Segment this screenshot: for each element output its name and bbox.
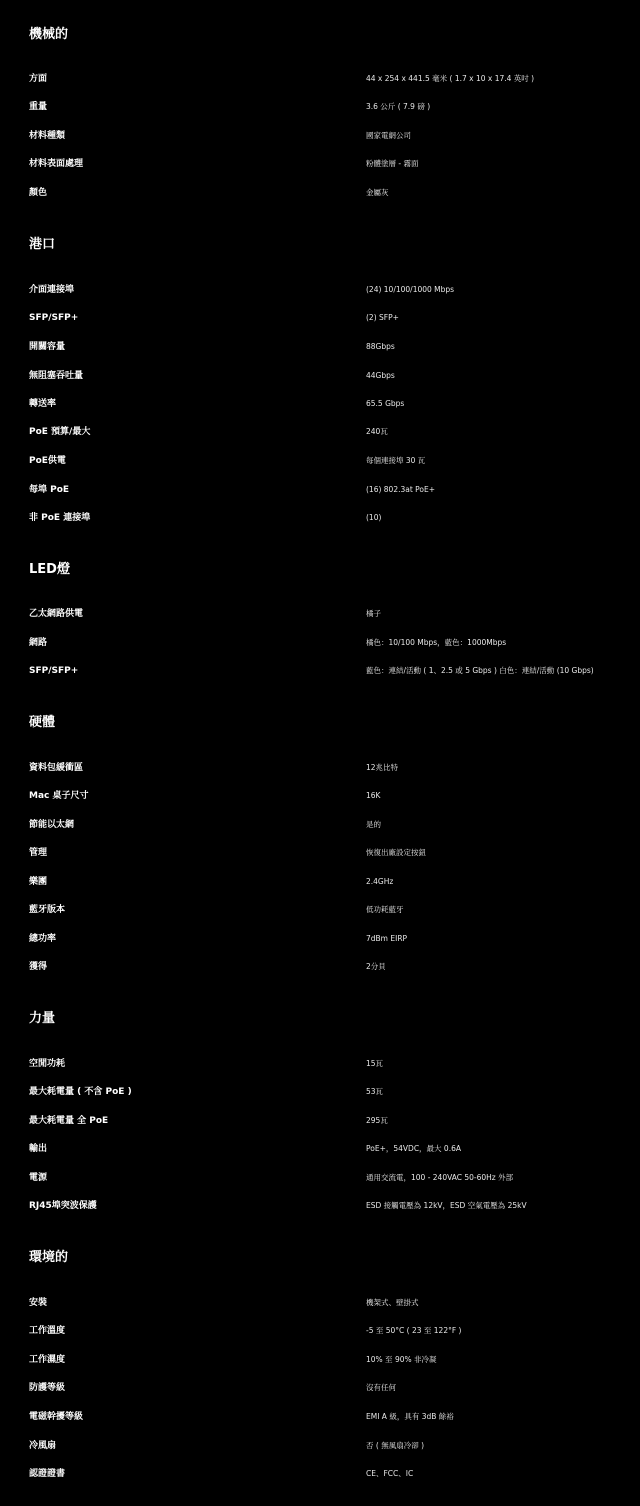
spec-value: (10) (366, 511, 381, 525)
section-title: 力量 (29, 1011, 55, 1027)
spec-value: 12兆比特 (366, 761, 398, 775)
spec-value: EMI A 級，具有 3dB 餘裕 (366, 1410, 454, 1424)
spec-label: 防護等級 (29, 1381, 65, 1395)
spec-label: 資料包緩衝區 (29, 761, 83, 775)
spec-label: 藍牙版本 (29, 903, 65, 917)
spec-value: 2分貝 (366, 960, 386, 974)
spec-row: RJ45埠突波保護 ESD 接觸電壓為 12kV，ESD 空氣電壓為 25kV (0, 1199, 640, 1215)
section-title: 港口 (29, 237, 55, 253)
spec-label: 材料表面處理 (29, 157, 83, 171)
spec-row: 防護等級 沒有任何 (0, 1381, 640, 1397)
spec-value: 3.6 公斤 ( 7.9 磅 ) (366, 100, 430, 114)
spec-row: 獲得 2分貝 (0, 960, 640, 976)
spec-label: 冷風扇 (29, 1439, 56, 1453)
spec-row: 認證證書 CE、FCC、IC (0, 1467, 640, 1483)
spec-row: 非 PoE 連接埠 (10) (0, 511, 640, 527)
spec-label: 非 PoE 連接埠 (29, 511, 90, 525)
spec-value: (16) 802.3at PoE+ (366, 483, 435, 497)
spec-value: (24) 10/100/1000 Mbps (366, 283, 454, 297)
spec-label: Mac 桌子尺寸 (29, 789, 89, 803)
spec-value: 16K (366, 789, 380, 803)
spec-label: 轉送率 (29, 397, 56, 411)
spec-value: 藍色：連結/活動 ( 1、2.5 或 5 Gbps ) 白色：連結/活動 (10… (366, 664, 594, 678)
spec-label: 電源 (29, 1171, 47, 1185)
spec-value: 粉體塗層 - 霧面 (366, 157, 418, 171)
spec-value: 2.4GHz (366, 875, 393, 889)
spec-label: 每埠 PoE (29, 483, 69, 497)
spec-row: 無阻塞吞吐量 44Gbps (0, 369, 640, 385)
spec-value: 否 ( 無風扇冷卻 ) (366, 1439, 424, 1453)
spec-row: 冷風扇 否 ( 無風扇冷卻 ) (0, 1439, 640, 1455)
spec-label: 方面 (29, 72, 47, 86)
spec-value: 295瓦 (366, 1114, 388, 1128)
spec-label: SFP/SFP+ (29, 664, 78, 678)
spec-value: 15瓦 (366, 1057, 383, 1071)
spec-label: PoE 預算/最大 (29, 425, 90, 439)
spec-value: 通用交流電，100 - 240VAC 50-60Hz 外部 (366, 1171, 513, 1185)
spec-row: 安裝 機架式、壁掛式 (0, 1296, 640, 1312)
spec-row: 開關容量 88Gbps (0, 340, 640, 356)
spec-row: 介面連接埠 (24) 10/100/1000 Mbps (0, 283, 640, 299)
spec-label: 總功率 (29, 932, 56, 946)
spec-label: 安裝 (29, 1296, 47, 1310)
spec-value: 44Gbps (366, 369, 395, 383)
spec-row: 空閒功耗 15瓦 (0, 1057, 640, 1073)
spec-value: 240瓦 (366, 425, 388, 439)
section-title: 硬體 (29, 715, 55, 731)
spec-label: 顏色 (29, 186, 47, 200)
spec-row: PoE供電 每個連接埠 30 瓦 (0, 454, 640, 470)
spec-value: -5 至 50°C ( 23 至 122°F ) (366, 1324, 461, 1338)
spec-label: 獲得 (29, 960, 47, 974)
spec-value: 10% 至 90% 非冷凝 (366, 1353, 437, 1367)
spec-row: 最大耗電量 ( 不含 PoE ) 53瓦 (0, 1085, 640, 1101)
spec-label: 空閒功耗 (29, 1057, 65, 1071)
spec-row: PoE 預算/最大 240瓦 (0, 425, 640, 441)
spec-value: 低功耗藍牙 (366, 903, 404, 917)
spec-label: 節能以太網 (29, 818, 74, 832)
spec-value: 國家電網公司 (366, 129, 411, 143)
spec-label: 乙太網路供電 (29, 607, 83, 621)
spec-label: 工作溫度 (29, 1324, 65, 1338)
spec-label: 樂團 (29, 875, 47, 889)
spec-value: 橘子 (366, 607, 381, 621)
spec-row: 顏色 金屬灰 (0, 186, 640, 202)
spec-label: 開關容量 (29, 340, 65, 354)
spec-row: 節能以太網 是的 (0, 818, 640, 834)
spec-row: 藍牙版本 低功耗藍牙 (0, 903, 640, 919)
spec-label: 最大耗電量 全 PoE (29, 1114, 108, 1128)
spec-label: 電磁幹擾等級 (29, 1410, 83, 1424)
spec-value: 每個連接埠 30 瓦 (366, 454, 425, 468)
spec-value: PoE+，54VDC，最大 0.6A (366, 1142, 461, 1156)
spec-row: 資料包緩衝區 12兆比特 (0, 761, 640, 777)
spec-value: 沒有任何 (366, 1381, 396, 1395)
spec-value: (2) SFP+ (366, 311, 399, 325)
spec-label: 材料種類 (29, 129, 65, 143)
spec-row: 樂團 2.4GHz (0, 875, 640, 891)
spec-row: 最大耗電量 全 PoE 295瓦 (0, 1114, 640, 1130)
spec-value: 機架式、壁掛式 (366, 1296, 419, 1310)
spec-row: 工作溫度 -5 至 50°C ( 23 至 122°F ) (0, 1324, 640, 1340)
spec-value: 53瓦 (366, 1085, 383, 1099)
spec-value: 恢復出廠設定按鈕 (366, 846, 426, 860)
spec-label: 認證證書 (29, 1467, 65, 1481)
section-title: 機械的 (29, 27, 68, 43)
spec-row: 重量 3.6 公斤 ( 7.9 磅 ) (0, 100, 640, 116)
spec-value: 是的 (366, 818, 381, 832)
spec-label: 工作濕度 (29, 1353, 65, 1367)
spec-value: 88Gbps (366, 340, 395, 354)
spec-row: 網路 橘色：10/100 Mbps，藍色：1000Mbps (0, 636, 640, 652)
spec-row: 工作濕度 10% 至 90% 非冷凝 (0, 1353, 640, 1369)
spec-row: 輸出 PoE+，54VDC，最大 0.6A (0, 1142, 640, 1158)
section-title: 環境的 (29, 1250, 68, 1266)
spec-row: 方面 44 x 254 x 441.5 毫米 ( 1.7 x 10 x 17.4… (0, 72, 640, 88)
spec-row: 轉送率 65.5 Gbps (0, 397, 640, 413)
spec-label: 重量 (29, 100, 47, 114)
spec-value: 金屬灰 (366, 186, 389, 200)
spec-label: 網路 (29, 636, 47, 650)
spec-row: SFP/SFP+ (2) SFP+ (0, 311, 640, 327)
spec-label: SFP/SFP+ (29, 311, 78, 325)
spec-row: Mac 桌子尺寸 16K (0, 789, 640, 805)
spec-value: 44 x 254 x 441.5 毫米 ( 1.7 x 10 x 17.4 英吋… (366, 72, 534, 86)
spec-row: 總功率 7dBm EIRP (0, 932, 640, 948)
spec-value: ESD 接觸電壓為 12kV，ESD 空氣電壓為 25kV (366, 1199, 527, 1213)
section-title: LED燈 (29, 562, 70, 578)
spec-label: 介面連接埠 (29, 283, 74, 297)
spec-label: RJ45埠突波保護 (29, 1199, 97, 1213)
spec-row: 電磁幹擾等級 EMI A 級，具有 3dB 餘裕 (0, 1410, 640, 1426)
spec-row: 管理 恢復出廠設定按鈕 (0, 846, 640, 862)
spec-row: 材料種類 國家電網公司 (0, 129, 640, 145)
spec-label: 無阻塞吞吐量 (29, 369, 83, 383)
spec-value: CE、FCC、IC (366, 1467, 413, 1481)
spec-row: 材料表面處理 粉體塗層 - 霧面 (0, 157, 640, 173)
spec-value: 65.5 Gbps (366, 397, 404, 411)
spec-label: 輸出 (29, 1142, 47, 1156)
spec-label: PoE供電 (29, 454, 66, 468)
spec-value: 橘色：10/100 Mbps，藍色：1000Mbps (366, 636, 506, 650)
spec-label: 最大耗電量 ( 不含 PoE ) (29, 1085, 132, 1099)
spec-row: SFP/SFP+ 藍色：連結/活動 ( 1、2.5 或 5 Gbps ) 白色：… (0, 664, 640, 680)
spec-row: 乙太網路供電 橘子 (0, 607, 640, 623)
spec-label: 管理 (29, 846, 47, 860)
spec-row: 每埠 PoE (16) 802.3at PoE+ (0, 483, 640, 499)
spec-value: 7dBm EIRP (366, 932, 407, 946)
spec-row: 電源 通用交流電，100 - 240VAC 50-60Hz 外部 (0, 1171, 640, 1187)
